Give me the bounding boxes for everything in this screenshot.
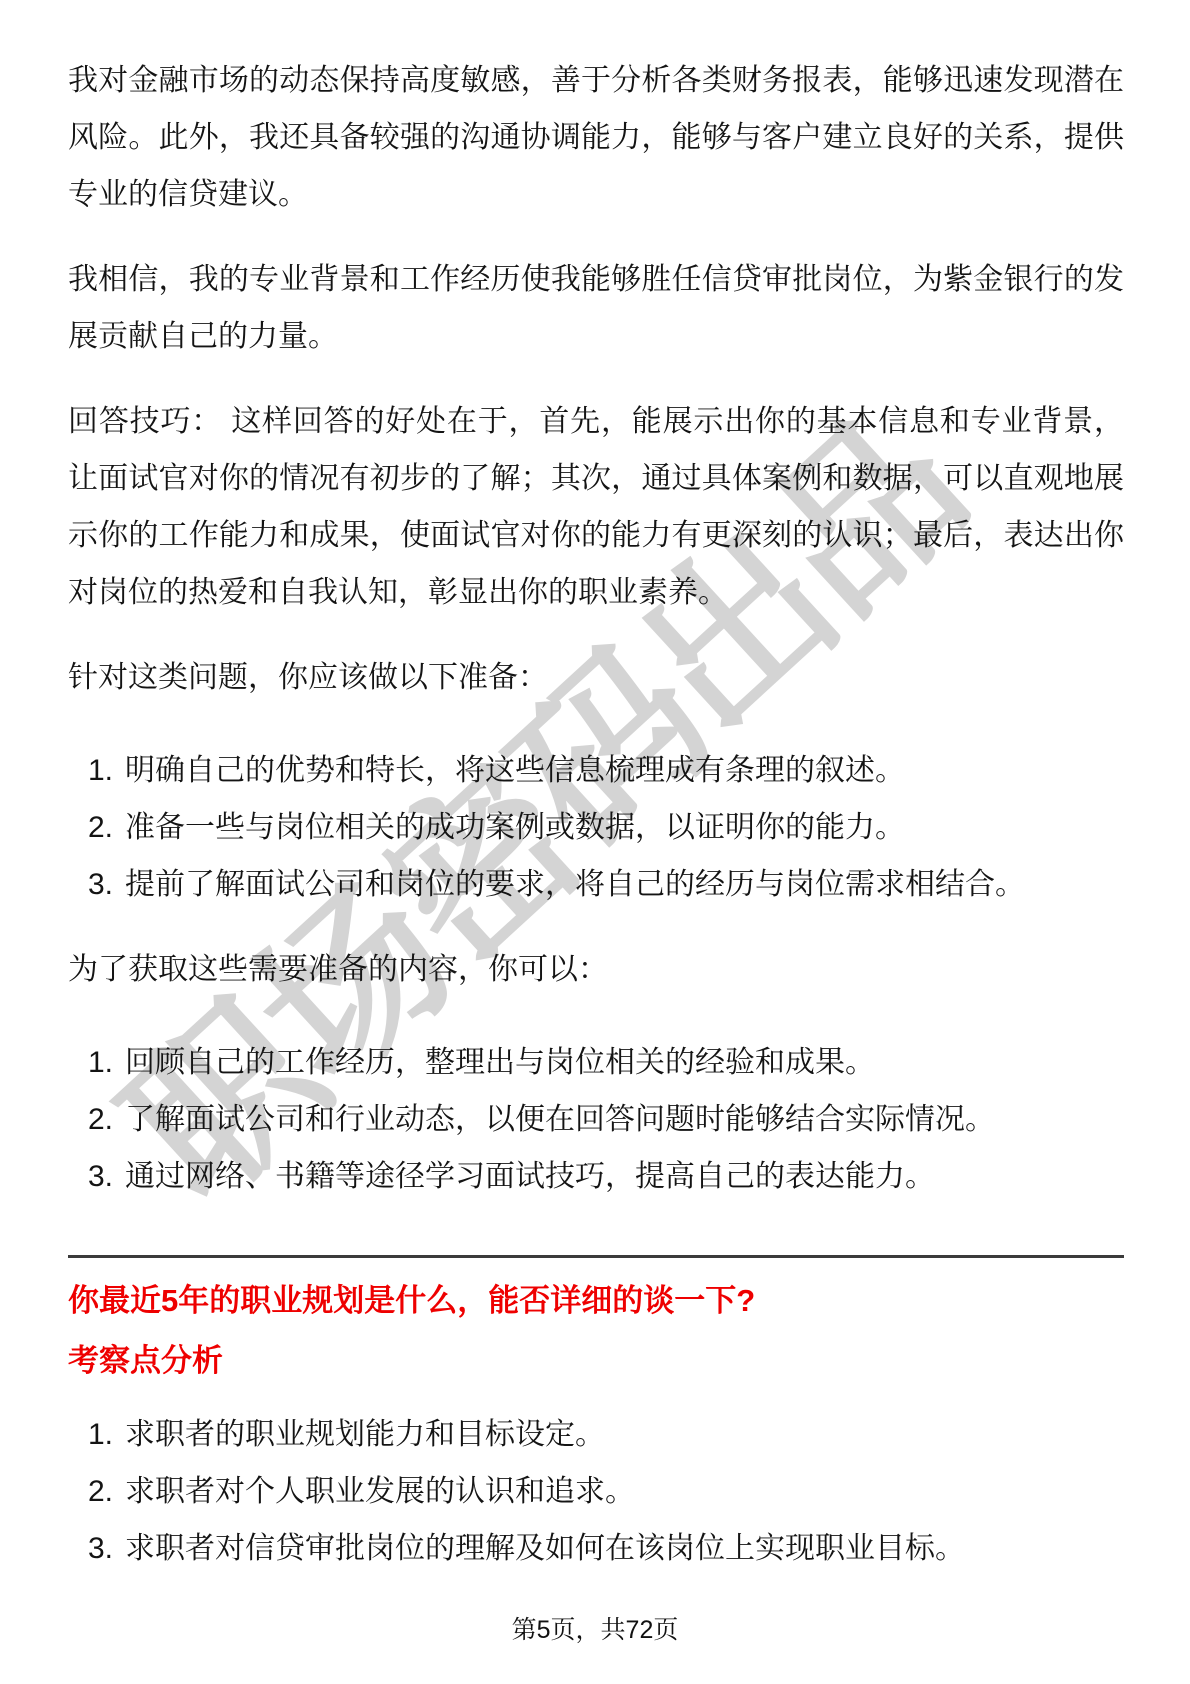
list-item: 3. 求职者对信贷审批岗位的理解及如何在该岗位上实现职业目标。 — [68, 1520, 1124, 1577]
section-divider — [68, 1255, 1124, 1258]
item-text: 求职者对信贷审批岗位的理解及如何在该岗位上实现职业目标。 — [125, 1520, 1124, 1577]
item-number: 1. — [88, 742, 125, 799]
list-item: 3. 通过网络、书籍等途径学习面试技巧，提高自己的表达能力。 — [68, 1148, 1124, 1205]
document-page: 职场密码出品 我对金融市场的动态保持高度敏感，善于分析各类财务报表，能够迅速发现… — [0, 0, 1190, 1684]
paragraph-obtain-intro: 为了获取这些需要准备的内容，你可以： — [68, 941, 1124, 998]
prepare-list: 1. 明确自己的优势和特长，将这些信息梳理成有条理的叙述。 2. 准备一些与岗位… — [68, 742, 1124, 913]
list-item: 3. 提前了解面试公司和岗位的要求，将自己的经历与岗位需求相结合。 — [68, 856, 1124, 913]
list-item: 2. 了解面试公司和行业动态，以便在回答问题时能够结合实际情况。 — [68, 1091, 1124, 1148]
item-number: 3. — [88, 1148, 125, 1205]
item-number: 2. — [88, 1463, 125, 1520]
paragraph-belief: 我相信，我的专业背景和工作经历使我能够胜任信贷审批岗位，为紫金银行的发展贡献自己… — [68, 251, 1124, 365]
item-text: 准备一些与岗位相关的成功案例或数据，以证明你的能力。 — [125, 799, 1124, 856]
paragraph-skills: 我对金融市场的动态保持高度敏感，善于分析各类财务报表，能够迅速发现潜在风险。此外… — [68, 52, 1124, 223]
item-text: 了解面试公司和行业动态，以便在回答问题时能够结合实际情况。 — [125, 1091, 1124, 1148]
question-heading: 你最近5年的职业规划是什么，能否详细的谈一下? — [68, 1278, 1124, 1324]
list-item: 1. 回顾自己的工作经历，整理出与岗位相关的经验和成果。 — [68, 1034, 1124, 1091]
item-number: 3. — [88, 1520, 125, 1577]
item-text: 明确自己的优势和特长，将这些信息梳理成有条理的叙述。 — [125, 742, 1124, 799]
item-text: 求职者对个人职业发展的认识和追求。 — [125, 1463, 1124, 1520]
item-text: 回顾自己的工作经历，整理出与岗位相关的经验和成果。 — [125, 1034, 1124, 1091]
paragraph-prepare-intro: 针对这类问题，你应该做以下准备： — [68, 649, 1124, 706]
item-number: 1. — [88, 1034, 125, 1091]
analysis-heading: 考察点分析 — [68, 1338, 1124, 1384]
obtain-list: 1. 回顾自己的工作经历，整理出与岗位相关的经验和成果。 2. 了解面试公司和行… — [68, 1034, 1124, 1205]
list-item: 2. 求职者对个人职业发展的认识和追求。 — [68, 1463, 1124, 1520]
item-number: 3. — [88, 856, 125, 913]
paragraph-answer-tips: 回答技巧： 这样回答的好处在于，首先，能展示出你的基本信息和专业背景，让面试官对… — [68, 393, 1124, 621]
item-number: 2. — [88, 799, 125, 856]
item-text: 求职者的职业规划能力和目标设定。 — [125, 1406, 1124, 1463]
list-item: 2. 准备一些与岗位相关的成功案例或数据，以证明你的能力。 — [68, 799, 1124, 856]
item-number: 1. — [88, 1406, 125, 1463]
exam-points-list: 1. 求职者的职业规划能力和目标设定。 2. 求职者对个人职业发展的认识和追求。… — [68, 1406, 1124, 1577]
list-item: 1. 明确自己的优势和特长，将这些信息梳理成有条理的叙述。 — [68, 742, 1124, 799]
page-number-footer: 第5页，共72页 — [0, 1612, 1190, 1648]
item-number: 2. — [88, 1091, 125, 1148]
list-item: 1. 求职者的职业规划能力和目标设定。 — [68, 1406, 1124, 1463]
item-text: 通过网络、书籍等途径学习面试技巧，提高自己的表达能力。 — [125, 1148, 1124, 1205]
document-content: 我对金融市场的动态保持高度敏感，善于分析各类财务报表，能够迅速发现潜在风险。此外… — [0, 0, 1190, 1577]
item-text: 提前了解面试公司和岗位的要求，将自己的经历与岗位需求相结合。 — [125, 856, 1124, 913]
